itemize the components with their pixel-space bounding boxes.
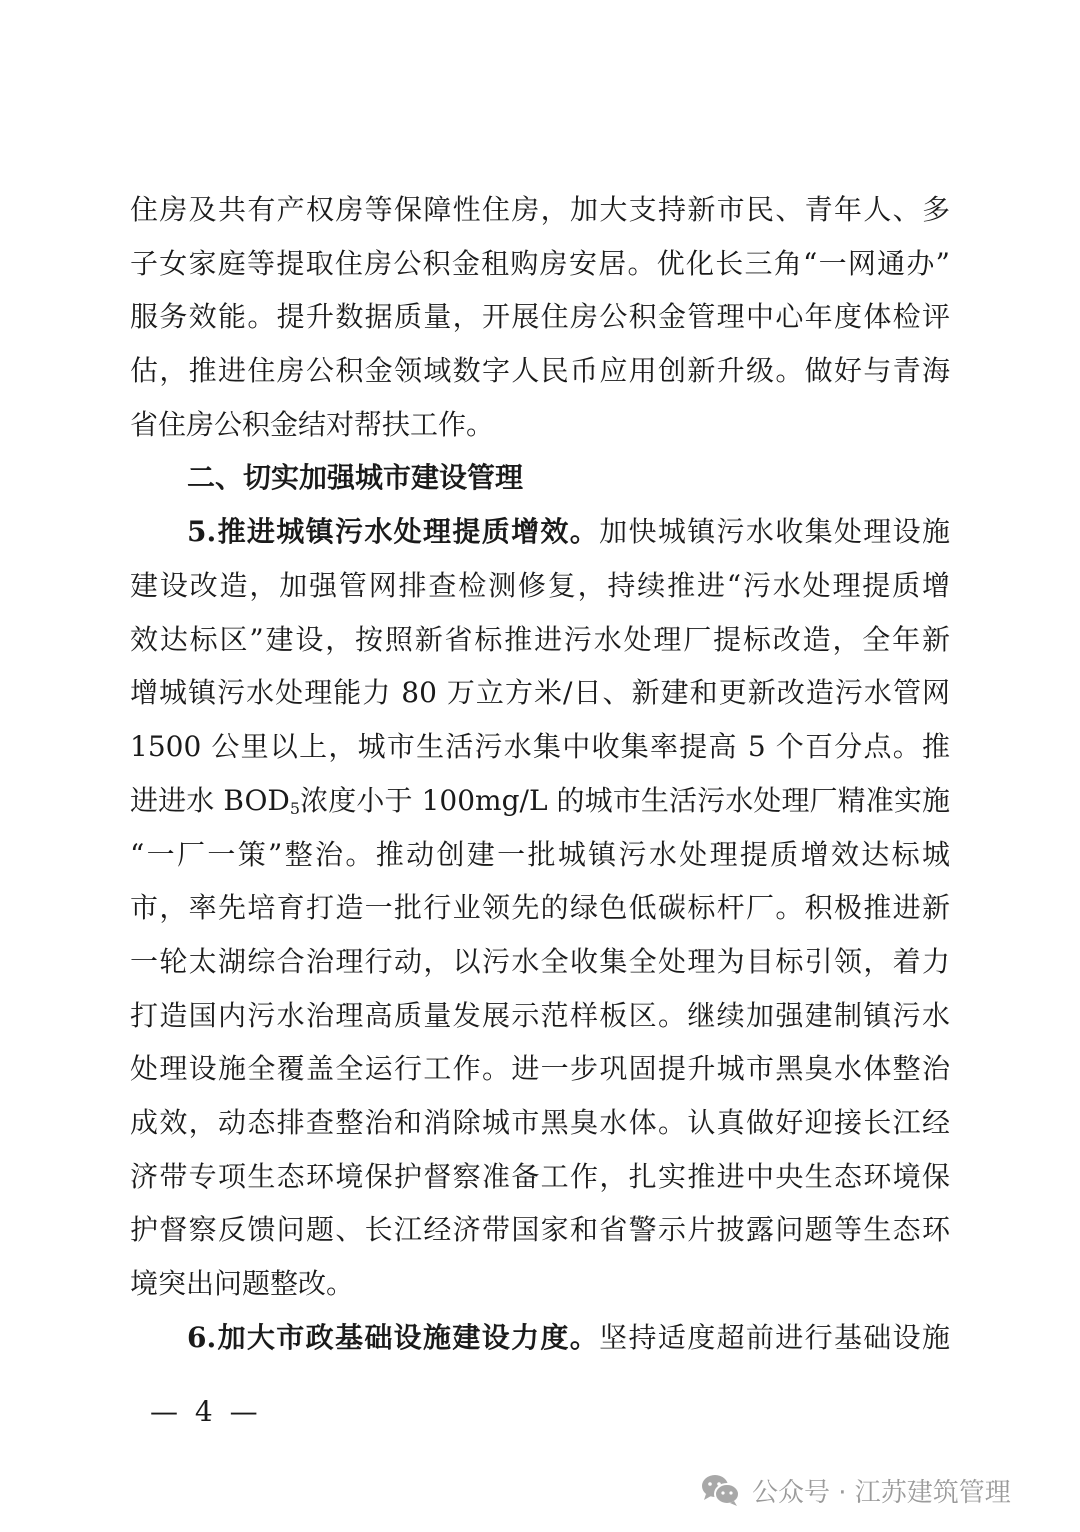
bod-line: 进进水 BOD5浓度小于 100mg/L 的城市生活污水处理厂精准实施 bbox=[130, 781, 950, 821]
section-heading: 二、切实加强城市建设管理 bbox=[187, 458, 950, 498]
page-number: — 4 — bbox=[150, 1392, 258, 1432]
wechat-icon bbox=[700, 1473, 742, 1507]
bod-text-after: 浓度小于 100mg/L 的城市生活污水处理厂精准实施 bbox=[300, 784, 950, 817]
paragraph-line: 效达标区”建设，按照新省标推进污水处理厂提标改造，全年新 bbox=[130, 620, 950, 660]
paragraph-line: 护督察反馈问题、长江经济带国家和省警示片披露问题等生态环 bbox=[130, 1210, 950, 1250]
item-5-first-line: 5.推进城镇污水处理提质增效。加快城镇污水收集处理设施 bbox=[187, 512, 950, 552]
item-6-text: 坚持适度超前进行基础设施 bbox=[599, 1321, 950, 1354]
paragraph-line: 市，率先培育打造一批行业领先的绿色低碳标杆厂。积极推进新 bbox=[130, 888, 950, 928]
paragraph-line: 估，推进住房公积金领域数字人民币应用创新升级。做好与青海 bbox=[130, 351, 950, 391]
paragraph-line: 住房及共有产权房等保障性住房，加大支持新市民、青年人、多 bbox=[130, 190, 950, 230]
paragraph-line: 处理设施全覆盖全运行工作。进一步巩固提升城市黑臭水体整治 bbox=[130, 1049, 950, 1089]
item-6-title: 6.加大市政基础设施建设力度。 bbox=[187, 1321, 599, 1354]
paragraph-line: 打造国内污水治理高质量发展示范样板区。继续加强建制镇污水 bbox=[130, 996, 950, 1036]
paragraph-line: 省住房公积金结对帮扶工作。 bbox=[130, 405, 950, 445]
paragraph-line: 济带专项生态环境保护督察准备工作，扎实推进中央生态环境保 bbox=[130, 1157, 950, 1197]
paragraph-line: 增城镇污水处理能力 80 万立方米/日、新建和更新改造污水管网 bbox=[130, 673, 950, 713]
paragraph-line: 成效，动态排查整治和消除城市黑臭水体。认真做好迎接长江经 bbox=[130, 1103, 950, 1143]
watermark: 公众号 · 江苏建筑管理 bbox=[700, 1470, 1011, 1510]
paragraph-line: 建设改造，加强管网排查检测修复，持续推进“污水处理提质增 bbox=[130, 566, 950, 606]
bod-text-before: 进进水 BOD bbox=[130, 784, 290, 817]
watermark-label: 公众号 · 江苏建筑管理 bbox=[752, 1472, 1011, 1509]
document-page: 住房及共有产权房等保障性住房，加大支持新市民、青年人、多 子女家庭等提取住房公积… bbox=[0, 0, 1080, 1532]
paragraph-line: 子女家庭等提取住房公积金租购房安居。优化长三角“一网通办” bbox=[130, 244, 950, 284]
paragraph-line: 服务效能。提升数据质量，开展住房公积金管理中心年度体检评 bbox=[130, 297, 950, 337]
item-5-title: 5.推进城镇污水处理提质增效。 bbox=[187, 515, 599, 548]
paragraph-line: 一轮太湖综合治理行动，以污水全收集全处理为目标引领，着力 bbox=[130, 942, 950, 982]
paragraph-line: “一厂一策”整治。推动创建一批城镇污水处理提质增效达标城 bbox=[130, 835, 950, 875]
item-5-text: 加快城镇污水收集处理设施 bbox=[599, 515, 950, 548]
paragraph-line: 境突出问题整改。 bbox=[130, 1264, 950, 1304]
item-6-first-line: 6.加大市政基础设施建设力度。坚持适度超前进行基础设施 bbox=[187, 1318, 950, 1358]
paragraph-line: 1500 公里以上，城市生活污水集中收集率提高 5 个百分点。推 bbox=[130, 727, 950, 767]
bod-subscript: 5 bbox=[290, 799, 300, 818]
